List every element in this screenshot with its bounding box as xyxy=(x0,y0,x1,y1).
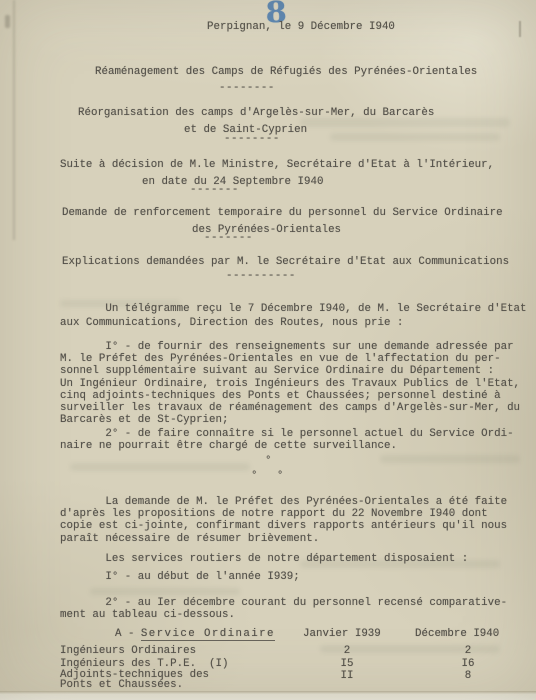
column-header-decembre-1940: Décembre I940 xyxy=(415,628,499,640)
row-value-1940: 2 xyxy=(411,645,525,657)
paper-bottom-edge xyxy=(0,691,536,700)
subject-heading-1: Réaménagement des Camps de Réfugiés des … xyxy=(95,66,477,78)
row-label: Ingénieurs Ordinaires xyxy=(60,645,196,657)
column-header-janvier-1939: Janvier I939 xyxy=(303,628,381,640)
pencil-mark xyxy=(5,15,10,28)
paper-crease xyxy=(13,0,15,240)
section-separator-bottom: ° ° xyxy=(251,470,283,482)
subject-heading-4-line1: Demande de renforcement temporaire du pe… xyxy=(62,207,503,219)
show-through-smudge xyxy=(300,118,510,127)
row-value-1940: 8 xyxy=(411,670,525,682)
show-through-smudge xyxy=(330,133,500,141)
dash-separator: -------- xyxy=(219,82,275,94)
numbered-item-1: I° - de fournir des renseignements sur u… xyxy=(60,341,520,426)
scanned-document-page: 8 Perpignan, le 9 Décembre I940 Réaménag… xyxy=(0,0,536,700)
list-item-decembre: 2° - au Ier décembre courant du personne… xyxy=(60,597,507,621)
section-title-underlined: Service Ordinaire xyxy=(141,628,275,641)
paragraph-demande: La demande de M. le Préfet des Pyrénées-… xyxy=(60,496,507,545)
dash-separator: ------- xyxy=(204,232,253,244)
show-through-smudge xyxy=(380,455,520,463)
show-through-smudge xyxy=(70,463,250,471)
row-value-1939: II xyxy=(290,670,404,682)
row-value-1940: I6 xyxy=(411,658,525,670)
paragraph-telegram: Un télégramme reçu le 7 Décembre I940, d… xyxy=(60,302,527,330)
dash-separator: ---------- xyxy=(226,270,296,282)
subject-heading-2-line1: Réorganisation des camps d'Argelès-sur-M… xyxy=(78,107,434,119)
row-label: Adjoints-techniques des Ponts et Chaussé… xyxy=(60,671,209,690)
dateline: Perpignan, le 9 Décembre I940 xyxy=(207,21,395,33)
section-letter: A - xyxy=(115,628,141,640)
subject-heading-5: Explications demandées par M. le Secréta… xyxy=(62,256,509,268)
row-value-1939: I5 xyxy=(290,658,404,670)
ink-mark xyxy=(519,21,521,37)
subject-heading-3-line1: Suite à décision de M.le Ministre, Secré… xyxy=(60,159,494,171)
dash-separator: ------- xyxy=(190,184,239,196)
table-section-heading: A - Service Ordinaire xyxy=(115,628,275,640)
list-item-1939: I° - au début de l'année I939; xyxy=(60,571,300,583)
show-through-smudge xyxy=(90,588,240,595)
dash-separator: -------- xyxy=(224,133,280,145)
numbered-item-2: 2° - de faire connaître si le personnel … xyxy=(60,428,514,452)
section-separator-top: ° xyxy=(265,455,271,467)
row-value-1939: 2 xyxy=(290,645,404,657)
paragraph-services-routiers: Les services routiers de notre départeme… xyxy=(60,553,468,565)
